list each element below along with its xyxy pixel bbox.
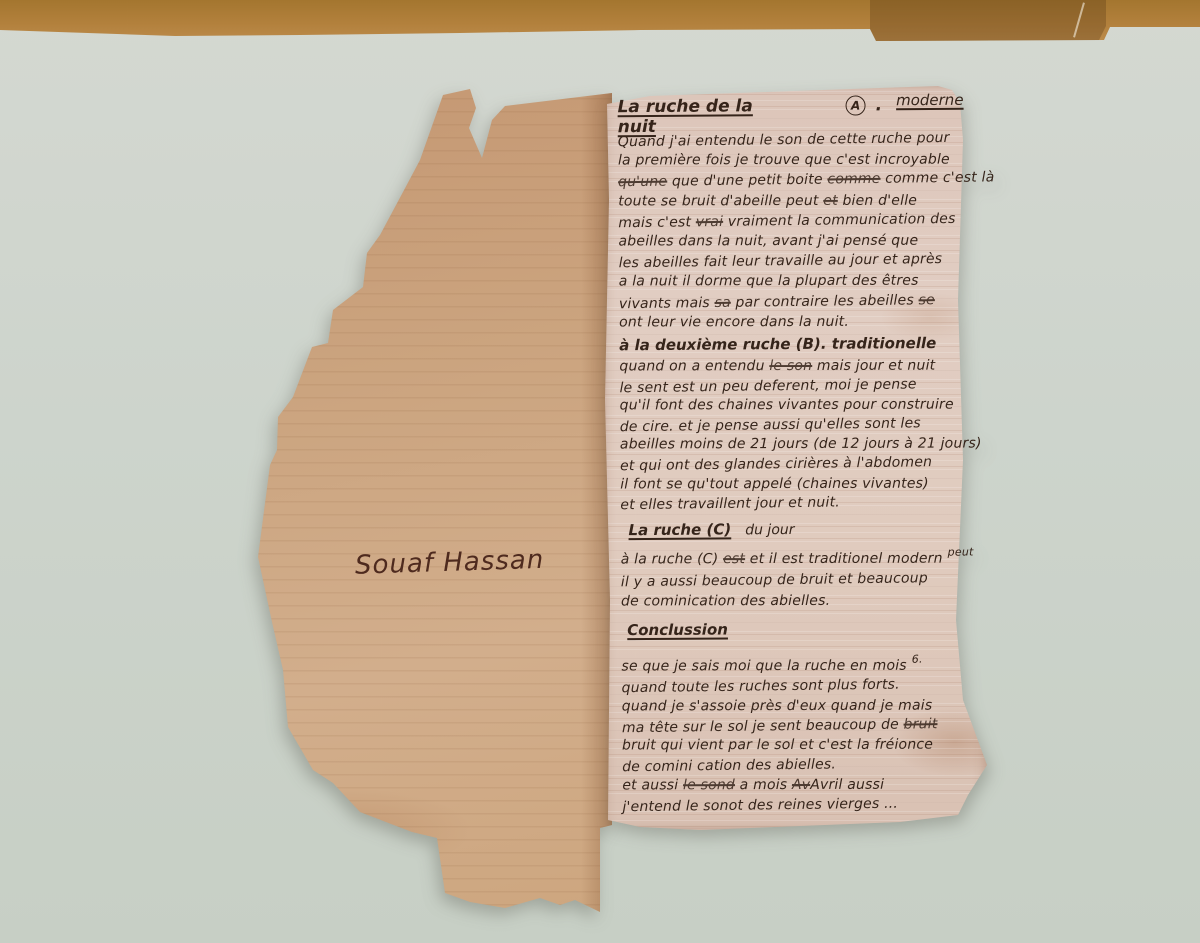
handwritten-line: j'entend le sonot des reines vierges ... (622, 794, 968, 818)
section-conclusion: Conclussion se que je sais moi que la ru… (621, 619, 968, 817)
handwritten-line: quand on a entendu le son mais jour et n… (619, 357, 965, 377)
title-suffix: moderne (896, 91, 964, 109)
handwritten-line: a la nuit il dorme que la plupart des êt… (619, 271, 965, 292)
handwritten-line: et elles travaillent jour et nuit. (620, 492, 966, 516)
conclusion-heading: Conclussion (621, 619, 967, 643)
handwritten-line: et qui ont des glandes cirières à l'abdo… (620, 453, 966, 477)
handwritten-line: et aussi le sond a mois AvAvril aussi (622, 776, 968, 797)
photo-of-manuscript: Souaf Hassan La ruche de la nuit A . mod… (0, 0, 1200, 943)
section-heading-a: La ruche de la nuit A . moderne (617, 95, 963, 123)
cardboard-piece: Souaf Hassan (255, 85, 615, 915)
title-period: . (876, 95, 883, 115)
handwritten-line: qu'il font des chaines vivantes pour con… (620, 396, 966, 416)
handwritten-line: quand je s'assoie près d'eux quand je ma… (622, 696, 968, 717)
handwritten-line: de comini cation des abielles. (622, 754, 968, 778)
cardboard-surface (255, 85, 615, 915)
handwritten-line: à la ruche (C) est et il est traditionel… (621, 548, 967, 570)
circled-letter-a: A (846, 95, 866, 115)
section-heading-c: La ruche (C)du jour (620, 519, 966, 545)
section-heading-b: à la deuxième ruche (B). traditionelle (619, 334, 965, 358)
handwritten-line: ont leur vie encore dans la nuit. (619, 311, 965, 332)
handwritten-line: toute se bruit d'abeille peut et bien d'… (618, 190, 964, 211)
handwritten-text: La ruche de la nuit A . moderne Quand j'… (617, 95, 968, 817)
handwritten-line: mais c'est vrai vraiment la communicatio… (618, 209, 964, 234)
section-c: La ruche (C)du jour à la ruche (C) est e… (620, 519, 967, 613)
handwritten-line: qu'une que d'une petit boite comme comme… (618, 168, 964, 193)
handwritten-line: vivants mais sa par contraire les abeill… (619, 289, 965, 314)
handwritten-line: de cominication des abielles. (621, 590, 967, 611)
paragraph-night-hive: Quand j'ai entendu le son de cette ruche… (618, 129, 965, 333)
section-b: à la deuxième ruche (B). traditionelle q… (619, 334, 966, 515)
handwritten-line: il y a aussi beaucoup de bruit et beauco… (621, 568, 967, 593)
manuscript-paper: La ruche de la nuit A . moderne Quand j'… (600, 82, 992, 834)
tape-overlap-piece (870, 0, 1106, 41)
handwritten-line: quand toute les ruches sont plus forts. (621, 675, 967, 699)
handwritten-line: abeilles moins de 21 jours (de 12 jours … (620, 435, 966, 455)
